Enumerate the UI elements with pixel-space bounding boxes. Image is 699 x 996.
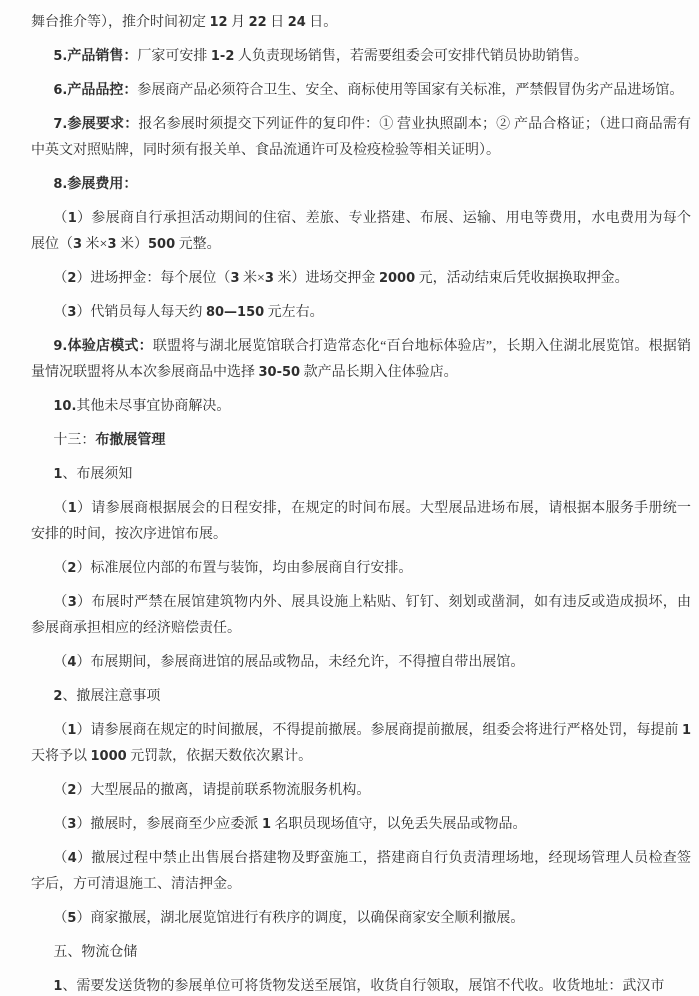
bold-text-run: 体验店模式： — [67, 339, 152, 354]
number-text-run: 3 — [265, 271, 274, 286]
text-run: 、撤展注意事项 — [62, 689, 160, 704]
text-run: ）撤展时，参展商至少应委派 — [76, 817, 262, 832]
text-run: 元罚款，依据天数依次累计。 — [127, 749, 313, 764]
text-run: 月 — [228, 15, 249, 30]
number-text-run: 2000 — [379, 271, 415, 286]
paragraph: （3）布展时严禁在展馆建筑物内外、展具设施上粘贴、钉钉、刻划或凿洞，如有违反或造… — [31, 590, 691, 642]
text-run: 、布展须知 — [62, 467, 132, 482]
text-run: （ — [53, 501, 67, 516]
bold-text-run: 5. — [53, 49, 67, 64]
number-text-run: 1 — [68, 501, 77, 516]
bold-text-run: 10. — [53, 399, 76, 414]
text-run: 五、物流仓储 — [53, 945, 137, 960]
document-body: 舞台推介等），推介时间初定 12 月 22 日 24 日。5.产品销售：厂家可安… — [31, 10, 691, 996]
document-page: 舞台推介等），推介时间初定 12 月 22 日 24 日。5.产品销售：厂家可安… — [0, 0, 699, 996]
bold-text-run: 9. — [53, 339, 67, 354]
bold-text-run: 6. — [53, 83, 67, 98]
text-run: 参展商产品必须符合卫生、安全、商标使用等国家有关标准，严禁假冒伪劣产品进场馆。 — [137, 83, 683, 98]
paragraph: （1）参展商自行承担活动期间的住宿、差旅、专业搭建、布展、运输、用电等费用，水电… — [31, 206, 691, 258]
text-run: （ — [53, 271, 67, 286]
bold-text-run: 参展要求： — [67, 117, 138, 132]
text-run: （ — [53, 723, 67, 738]
paragraph: （3）撤展时，参展商至少应委派 1 名职员现场值守，以免丢失展品或物品。 — [31, 812, 691, 838]
text-run: 厂家可安排 — [137, 49, 211, 64]
paragraph: 10.其他未尽事宜协商解决。 — [31, 394, 691, 420]
bold-text-run: 布撤展管理 — [95, 433, 165, 448]
text-run: 元，活动结束后凭收据换取押金。 — [415, 271, 629, 286]
text-run: ）撤展过程中禁止出售展台搭建物及野蛮施工，搭建商自行负责清理场地，经现场管理人员… — [31, 851, 691, 892]
bold-text-run: 8. — [53, 177, 67, 192]
text-run: （ — [53, 817, 67, 832]
text-run: 天将予以 — [31, 749, 91, 764]
text-run: ）进场押金：每个展位（ — [76, 271, 230, 286]
paragraph: 1、需要发送货物的参展单位可将货物发送至展馆，收货自行领取，展馆不代收。收货地址… — [31, 974, 691, 996]
text-run: 米） — [117, 237, 149, 252]
text-run: 米× — [82, 237, 107, 252]
text-run: ）布展时严禁在展馆建筑物内外、展具设施上粘贴、钉钉、刻划或凿洞，如有违反或造成损… — [31, 595, 691, 636]
text-run: 元整。 — [175, 237, 221, 252]
number-text-run: 30-50 — [259, 365, 301, 380]
text-run: （ — [53, 911, 67, 926]
paragraph: （2）标准展位内部的布置与装饰，均由参展商自行安排。 — [31, 556, 691, 582]
paragraph: （1）请参展商在规定的时间撤展，不得提前撤展。参展商提前撤展，组委会将进行严格处… — [31, 718, 691, 770]
number-text-run: 3 — [107, 237, 116, 252]
number-text-run: 4 — [68, 851, 77, 866]
paragraph: 十三：布撤展管理 — [31, 428, 691, 454]
paragraph: 7.参展要求：报名参展时须提交下列证件的复印件：① 营业执照副本；② 产品合格证… — [31, 112, 691, 164]
text-run: （ — [53, 655, 67, 670]
text-run: ）标准展位内部的布置与装饰，均由参展商自行安排。 — [76, 561, 412, 576]
number-text-run: 1 — [262, 817, 271, 832]
text-run: ）请参展商在规定的时间撤展，不得提前撤展。参展商提前撤展，组委会将进行严格处罚，… — [76, 723, 682, 738]
paragraph: 舞台推介等），推介时间初定 12 月 22 日 24 日。 — [31, 10, 691, 36]
text-run: 款产品长期入住体验店。 — [300, 365, 458, 380]
number-text-run: 1-2 — [211, 49, 235, 64]
text-run: 舞台推介等），推介时间初定 — [31, 15, 210, 30]
number-text-run: 22 — [249, 15, 267, 30]
bold-text-run: 7. — [53, 117, 67, 132]
number-text-run: 1 — [682, 723, 691, 738]
paragraph: 9.体验店模式：联盟将与湖北展览馆联合打造常态化“百台地标体验店”，长期入住湖北… — [31, 334, 691, 386]
text-run: ）请参展商根据展会的日程安排，在规定的时间布展。大型展品进场布展，请根据本服务手… — [31, 501, 691, 542]
text-run: （ — [53, 783, 67, 798]
bold-text-run: 参展费用： — [67, 177, 137, 192]
paragraph: 五、物流仓储 — [31, 940, 691, 966]
number-text-run: 12 — [210, 15, 228, 30]
number-text-run: 3 — [68, 595, 77, 610]
text-run: 日。 — [306, 15, 338, 30]
number-text-run: 3 — [73, 237, 82, 252]
paragraph: （2）大型展品的撤离，请提前联系物流服务机构。 — [31, 778, 691, 804]
text-run: 、需要发送货物的参展单位可将货物发送至展馆，收货自行领取，展馆不代收。收货地址：… — [62, 979, 664, 994]
number-text-run: 1 — [68, 211, 77, 226]
paragraph: 5.产品销售：厂家可安排 1-2 人负责现场销售，若需要组委会可安排代销员协助销… — [31, 44, 691, 70]
text-run: 十三： — [53, 433, 95, 448]
text-run: 米× — [239, 271, 264, 286]
number-text-run: 24 — [288, 15, 306, 30]
text-run: 米）进场交押金 — [274, 271, 379, 286]
text-run: （ — [53, 851, 67, 866]
text-run: 人负责现场销售，若需要组委会可安排代销员协助销售。 — [234, 49, 588, 64]
text-run: （ — [53, 561, 67, 576]
text-run: ）布展期间，参展商进馆的展品或物品，未经允许，不得擅自带出展馆。 — [76, 655, 524, 670]
text-run: （ — [53, 305, 67, 320]
paragraph: 2、撤展注意事项 — [31, 684, 691, 710]
paragraph: （3）代销员每人每天约 80—150 元左右。 — [31, 300, 691, 326]
bold-text-run: 产品品控： — [67, 83, 137, 98]
paragraph: （5）商家撤展，湖北展览馆进行有秩序的调度，以确保商家安全顺利撤展。 — [31, 906, 691, 932]
text-run: （ — [53, 595, 67, 610]
text-run: 其他未尽事宜协商解决。 — [76, 399, 230, 414]
paragraph: （1）请参展商根据展会的日程安排，在规定的时间布展。大型展品进场布展，请根据本服… — [31, 496, 691, 548]
text-run: ）商家撤展，湖北展览馆进行有秩序的调度，以确保商家安全顺利撤展。 — [76, 911, 524, 926]
paragraph: （4）布展期间，参展商进馆的展品或物品，未经允许，不得擅自带出展馆。 — [31, 650, 691, 676]
text-run: ）代销员每人每天约 — [76, 305, 206, 320]
text-run: ）大型展品的撤离，请提前联系物流服务机构。 — [76, 783, 370, 798]
paragraph: 6.产品品控：参展商产品必须符合卫生、安全、商标使用等国家有关标准，严禁假冒伪劣… — [31, 78, 691, 104]
paragraph: 8.参展费用： — [31, 172, 691, 198]
number-text-run: 80—150 — [206, 305, 264, 320]
paragraph: （4）撤展过程中禁止出售展台搭建物及野蛮施工，搭建商自行负责清理场地，经现场管理… — [31, 846, 691, 898]
bold-text-run: 产品销售： — [67, 49, 137, 64]
paragraph: （2）进场押金：每个展位（3 米×3 米）进场交押金 2000 元，活动结束后凭… — [31, 266, 691, 292]
text-run: 元左右。 — [264, 305, 324, 320]
text-run: 名职员现场值守，以免丢失展品或物品。 — [271, 817, 527, 832]
text-run: （ — [53, 211, 67, 226]
paragraph: 1、布展须知 — [31, 462, 691, 488]
text-run: 日 — [267, 15, 288, 30]
number-text-run: 1000 — [91, 749, 127, 764]
number-text-run: 500 — [148, 237, 175, 252]
